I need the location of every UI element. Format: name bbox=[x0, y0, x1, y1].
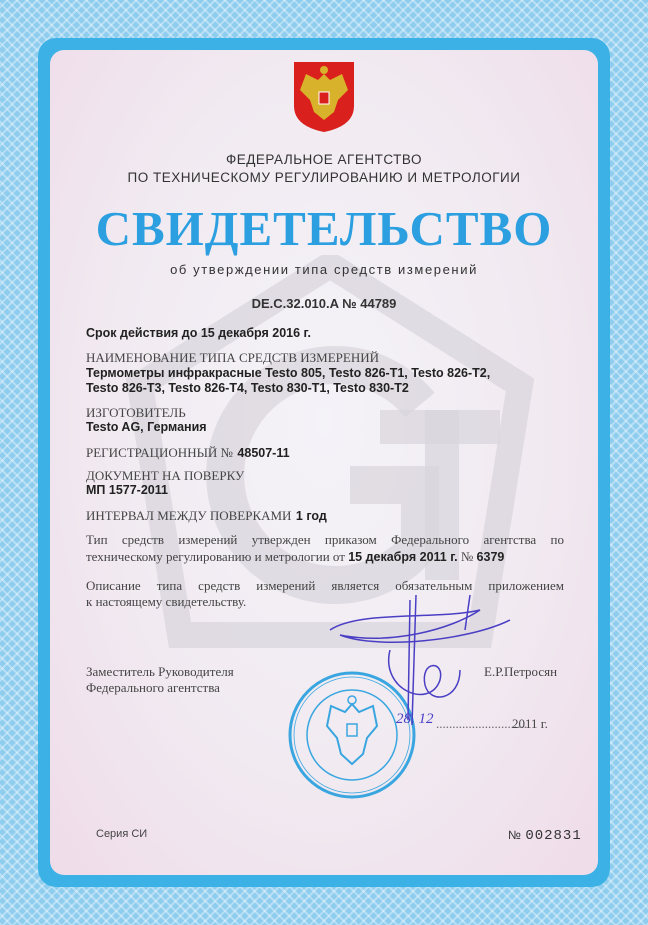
description-text-line2: к настоящему свидетельству. bbox=[86, 594, 246, 610]
russian-coat-of-arms-icon bbox=[292, 60, 356, 134]
interval-value: 1 год bbox=[296, 509, 327, 523]
signer-position-line2: Федерального агентства bbox=[86, 680, 220, 696]
certificate-number: DE.C.32.010.A № 44789 bbox=[0, 296, 648, 311]
registration-label: РЕГИСТРАЦИОННЫЙ № bbox=[86, 445, 233, 460]
handwritten-signature-icon bbox=[320, 590, 520, 730]
registration-number: РЕГИСТРАЦИОННЫЙ № 48507-11 bbox=[86, 444, 290, 462]
instrument-type-label: НАИМЕНОВАНИЕ ТИПА СРЕДСТВ ИЗМЕРЕНИЙ bbox=[86, 350, 379, 366]
manufacturer-value: Testo AG, Германия bbox=[86, 420, 207, 434]
agency-name-line2: ПО ТЕХНИЧЕСКОМУ РЕГУЛИРОВАНИЮ И МЕТРОЛОГ… bbox=[0, 170, 648, 185]
validity-date: Срок действия до 15 декабря 2016 г. bbox=[86, 326, 311, 340]
document-subtitle: об утверждении типа средств измерений bbox=[0, 262, 648, 277]
handwritten-date: 28. 12 bbox=[396, 711, 434, 728]
approval-text-line2: техническому регулированию и метрологии … bbox=[86, 548, 504, 566]
signer-position-line1: Заместитель Руководителя bbox=[86, 664, 234, 680]
verification-interval: ИНТЕРВАЛ МЕЖДУ ПОВЕРКАМИ 1 год bbox=[86, 507, 327, 525]
form-number: № 002831 bbox=[508, 826, 582, 844]
approval-date: 15 декабря 2011 г. bbox=[348, 550, 457, 564]
verification-doc-value: МП 1577-2011 bbox=[86, 483, 168, 497]
approval-text-line1: Тип средств измерений утвержден приказом… bbox=[86, 532, 564, 548]
series-label: Серия СИ bbox=[96, 828, 147, 840]
instrument-type-line2: Testo 826-T3, Testo 826-T4, Testo 830-T1… bbox=[86, 381, 409, 395]
document-title: СВИДЕТЕЛЬСТВО bbox=[0, 200, 648, 257]
agency-name-line1: ФЕДЕРАЛЬНОЕ АГЕНТСТВО bbox=[0, 152, 648, 167]
registration-value: 48507-11 bbox=[237, 446, 289, 460]
interval-label: ИНТЕРВАЛ МЕЖДУ ПОВЕРКАМИ bbox=[86, 508, 291, 523]
date-year: 2011 г. bbox=[512, 716, 548, 732]
verification-doc-label: ДОКУМЕНТ НА ПОВЕРКУ bbox=[86, 468, 244, 484]
approval-order-number: 6379 bbox=[477, 550, 505, 564]
instrument-type-line1: Термометры инфракрасные Testo 805, Testo… bbox=[86, 366, 490, 380]
manufacturer-label: ИЗГОТОВИТЕЛЬ bbox=[86, 405, 186, 421]
form-number-value: 002831 bbox=[525, 828, 581, 844]
